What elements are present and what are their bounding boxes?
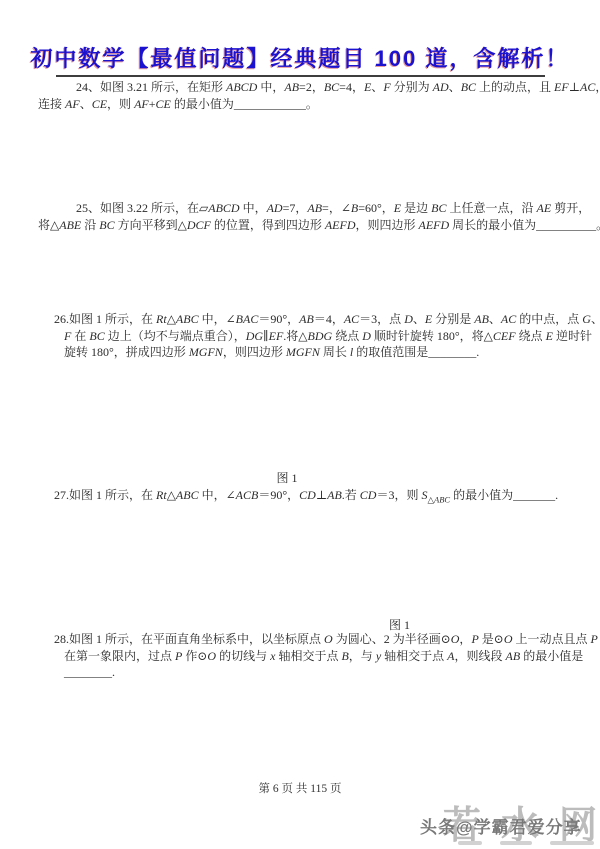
problem-27-text-end: 的最小值为_______.	[450, 488, 558, 502]
problem-25-line-2: 将△ABE 沿 BC 方向平移到△DCF 的位置，得到四边形 AEFD，则四边形…	[38, 217, 586, 234]
problem-25: 25、如图 3.22 所示，在▱ABCD 中，AD=7，AB=，∠B=60°，E…	[38, 200, 586, 233]
page-title: 初中数学【最值问题】经典题目 100 道，含解析！	[0, 42, 600, 73]
problem-28-line-1: 28.如图 1 所示，在平面直角坐标系中，以坐标原点 O 为圆心、2 为半径画⊙…	[54, 631, 586, 648]
watermark-handle-text: 头条@学霸君爱分享	[420, 813, 582, 838]
problem-26-line-1: 26.如图 1 所示，在 Rt△ABC 中，∠BAC＝90°，AB＝4，AC＝3…	[54, 311, 586, 328]
problem-27-text: 27.如图 1 所示，在 Rt△ABC 中，∠ACB＝90°，CD⊥AB.若 C…	[54, 488, 427, 502]
problem-24-line-1: 24、如图 3.21 所示，在矩形 ABCD 中，AB=2，BC=4，E、F 分…	[38, 79, 586, 96]
problem-28-line-2: 在第一象限内，过点 P 作⊙O 的切线与 x 轴相交于点 B，与 y 轴相交于点…	[64, 648, 586, 665]
problem-26-line-3: 旋转 180°，拼成四边形 MGFN，则四边形 MGFN 周长 l 的取值范围是…	[64, 344, 586, 361]
problem-28-answer-blank: ________.	[64, 664, 586, 681]
problem-26-line-2: F 在 BC 边上（均不与端点重合），DG∥EF.将△BDG 绕点 D 顺时针旋…	[64, 328, 586, 345]
document-page: 初中数学【最值问题】经典题目 100 道，含解析！ 24、如图 3.21 所示，…	[0, 0, 600, 849]
problem-25-line-1: 25、如图 3.22 所示，在▱ABCD 中，AD=7，AB=，∠B=60°，E…	[38, 200, 586, 217]
title-divider	[56, 75, 545, 77]
watermark-pinyin-bar-1	[458, 841, 482, 845]
problem-24: 24、如图 3.21 所示，在矩形 ABCD 中，AB=2，BC=4，E、F 分…	[38, 79, 586, 112]
watermark-pinyin-bar-3	[550, 841, 594, 845]
problem-27-subscript: △ABC	[427, 494, 450, 504]
problem-26: 26.如图 1 所示，在 Rt△ABC 中，∠BAC＝90°，AB＝4，AC＝3…	[54, 311, 586, 361]
problem-27: 27.如图 1 所示，在 Rt△ABC 中，∠ACB＝90°，CD⊥AB.若 C…	[54, 487, 586, 504]
problem-28: 28.如图 1 所示，在平面直角坐标系中，以坐标原点 O 为圆心、2 为半径画⊙…	[54, 631, 586, 681]
watermark-pinyin-bar-2	[500, 841, 532, 845]
figure-caption-1: 图 1	[0, 469, 574, 486]
problem-24-line-2: 连接 AF、CE，则 AF+CE 的最小值为____________。	[38, 96, 586, 113]
